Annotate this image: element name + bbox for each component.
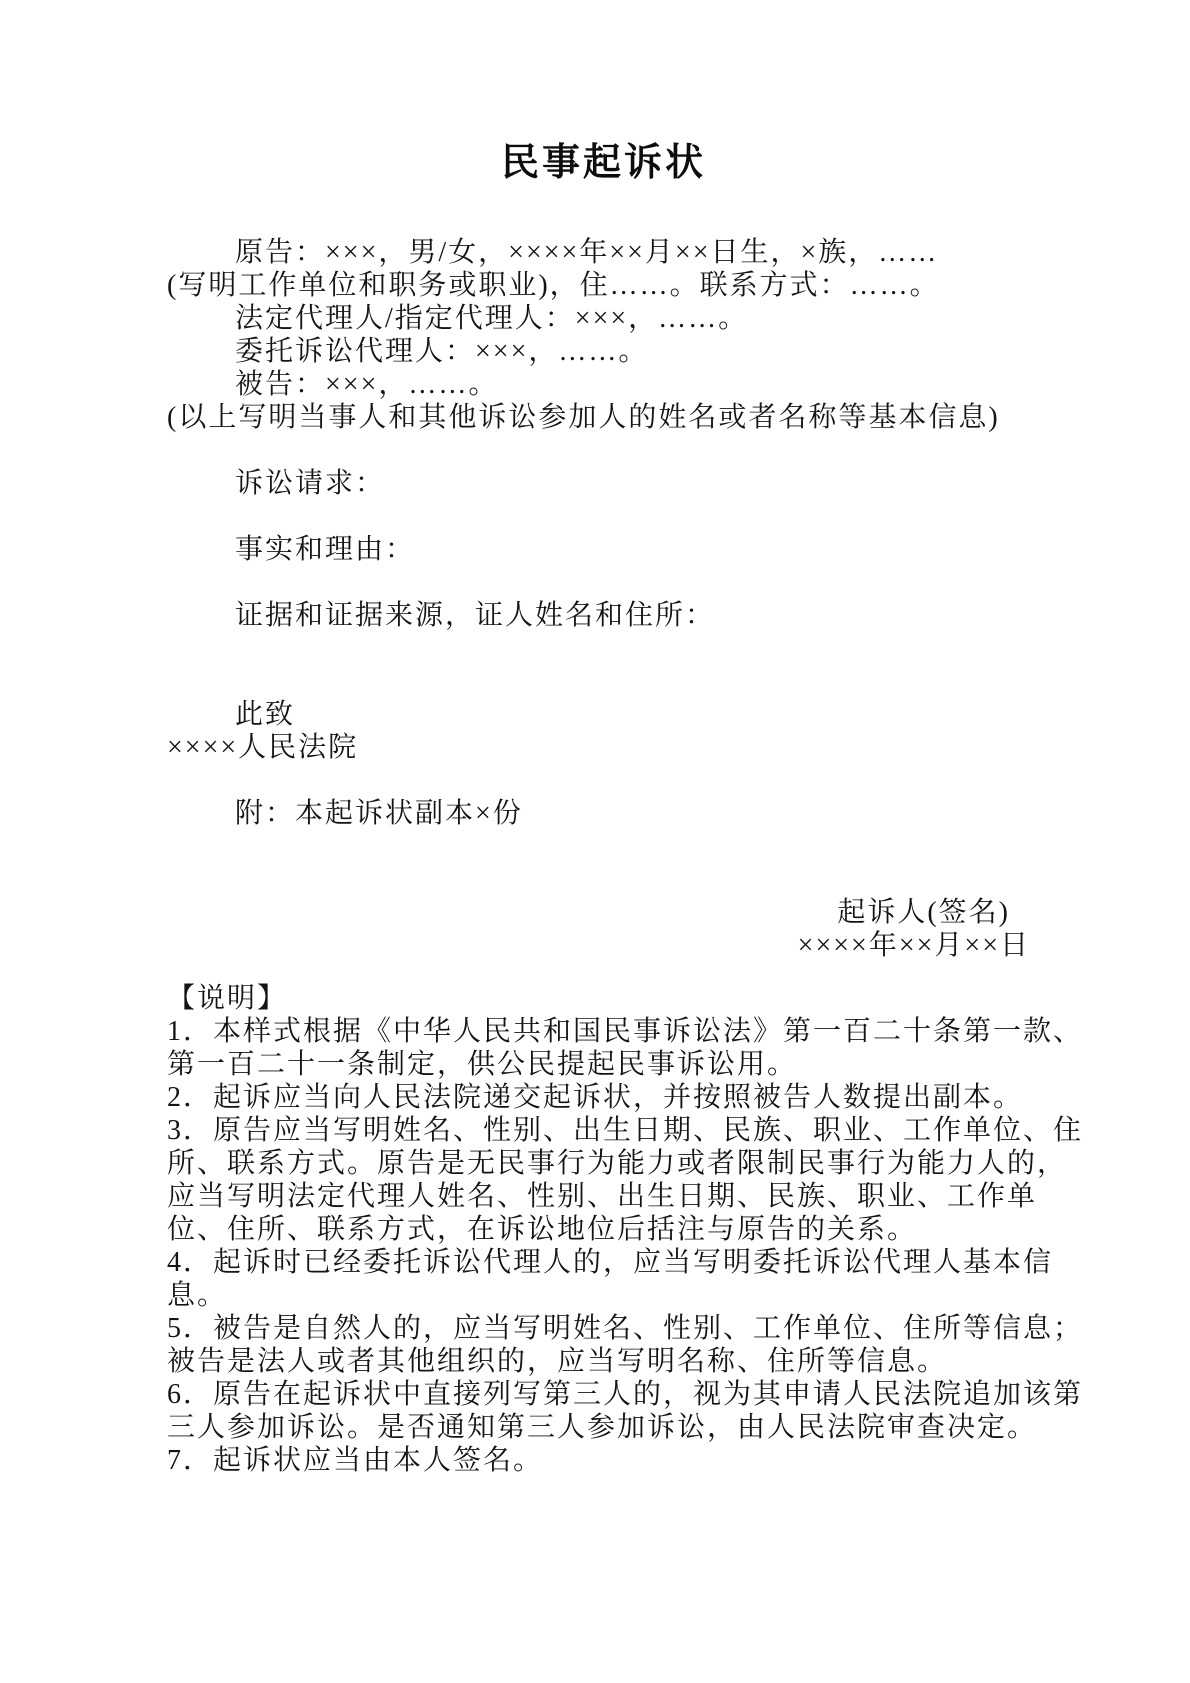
note-1-line-2: 第一百二十一条制定，供公民提起民事诉讼用。 <box>167 1048 1040 1081</box>
salutation: 此致 <box>167 698 1040 731</box>
note-4-line-1: 4．起诉时已经委托诉讼代理人的，应当写明委托诉讼代理人基本信 <box>167 1246 1040 1279</box>
claims-heading: 诉讼请求： <box>167 467 1040 500</box>
facts-heading: 事实和理由： <box>167 533 1040 566</box>
civil-complaint-document: 民事起诉状 原告：×××，男/女，××××年××月××日生，×族，……(写明工作… <box>0 0 1190 1683</box>
attachment-line: 附：本起诉状副本×份 <box>167 797 1040 830</box>
note-5-line-1: 5．被告是自然人的，应当写明姓名、性别、工作单位、住所等信息； <box>167 1312 1040 1345</box>
note-6-line-1: 6．原告在起诉状中直接列写第三人的，视为其申请人民法院追加该第 <box>167 1378 1040 1411</box>
note-1-line-1: 1．本样式根据《中华人民共和国民事诉讼法》第一百二十条第一款、 <box>167 1015 1040 1048</box>
blank-line <box>167 566 1040 599</box>
blank-line <box>167 500 1040 533</box>
note-3-line-3: 应当写明法定代理人姓名、性别、出生日期、民族、职业、工作单 <box>167 1180 1040 1213</box>
signature-date: ××××年××月××日 <box>167 929 1040 962</box>
note-3-line-2: 所、联系方式。原告是无民事行为能力或者限制民事行为能力人的， <box>167 1147 1040 1180</box>
note-3-line-4: 位、住所、联系方式，在诉讼地位后括注与原告的关系。 <box>167 1213 1040 1246</box>
note-2: 2．起诉应当向人民法院递交起诉状，并按照被告人数提出副本。 <box>167 1081 1040 1114</box>
document-title: 民事起诉状 <box>167 138 1040 188</box>
note-7: 7．起诉状应当由本人签名。 <box>167 1444 1040 1477</box>
legal-agent-line: 法定代理人/指定代理人：×××，……。 <box>167 302 1040 335</box>
note-4-line-2: 息。 <box>167 1279 1040 1312</box>
blank-line <box>167 665 1040 698</box>
plaintiff-line-1: 原告：×××，男/女，××××年××月××日生，×族，…… <box>167 236 1040 269</box>
signer-label: 起诉人(签名) <box>167 896 1040 929</box>
note-3-line-1: 3．原告应当写明姓名、性别、出生日期、民族、职业、工作单位、住 <box>167 1114 1040 1147</box>
blank-line <box>167 632 1040 665</box>
notes-heading: 【说明】 <box>167 982 1040 1015</box>
note-6-line-2: 三人参加诉讼。是否通知第三人参加诉讼，由人民法院审查决定。 <box>167 1411 1040 1444</box>
blank-line <box>167 863 1040 896</box>
document-body: 原告：×××，男/女，××××年××月××日生，×族，……(写明工作单位和职务或… <box>167 236 1040 1477</box>
blank-line <box>167 830 1040 863</box>
court-name: ××××人民法院 <box>167 731 1040 764</box>
evidence-heading: 证据和证据来源，证人姓名和住所： <box>167 599 1040 632</box>
blank-line <box>167 764 1040 797</box>
parties-annotation: (以上写明当事人和其他诉讼参加人的姓名或者名称等基本信息) <box>167 401 1040 434</box>
note-5-line-2: 被告是法人或者其他组织的，应当写明名称、住所等信息。 <box>167 1345 1040 1378</box>
blank-line <box>167 434 1040 467</box>
entrusted-agent-line: 委托诉讼代理人：×××，……。 <box>167 335 1040 368</box>
plaintiff-line-2: (写明工作单位和职务或职业)，住……。联系方式：……。 <box>167 269 1040 302</box>
defendant-line: 被告：×××，……。 <box>167 368 1040 401</box>
